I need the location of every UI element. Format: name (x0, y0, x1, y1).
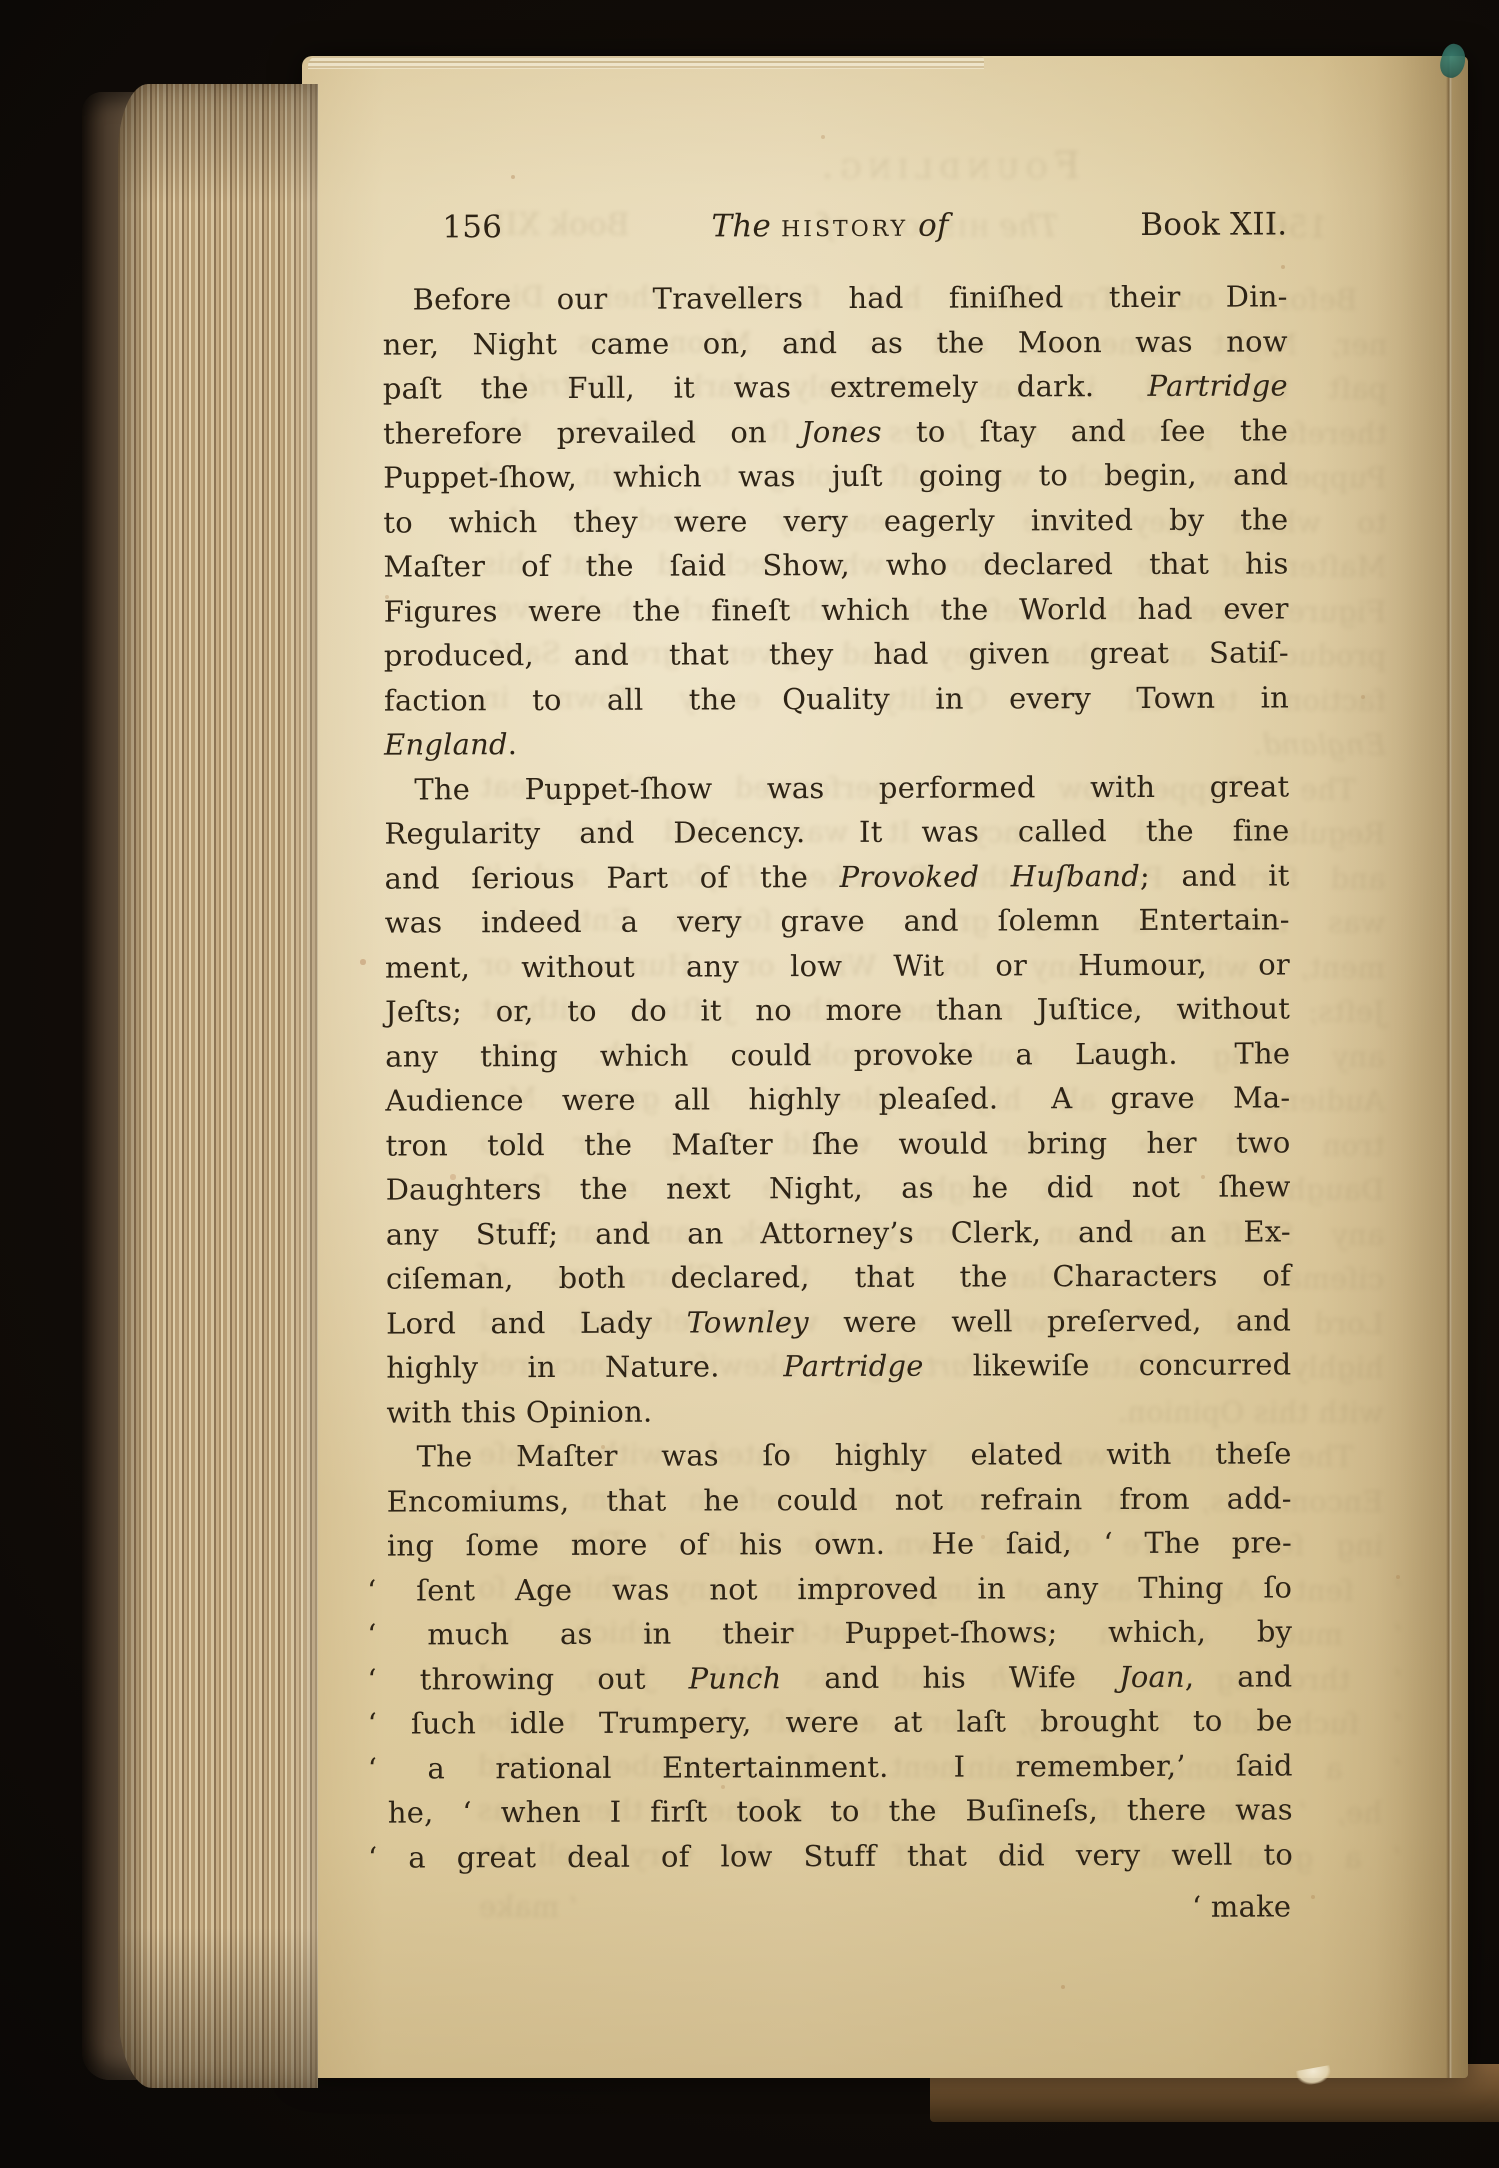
text-line: Audience were all highly pleaſed. A grav… (385, 1075, 1290, 1123)
text-line: Puppet-ſhow, which was juſt going to beg… (383, 452, 1288, 500)
text-column: 156 TheHistoryof Book XII. Before our Tr… (382, 54, 1294, 1931)
text-line: ciſeman, both declared, that the Charact… (386, 1253, 1291, 1301)
running-title-of: of (918, 208, 949, 244)
text-line: highly in Nature. Partridge likewiſe con… (386, 1342, 1291, 1390)
text-line: ‘ a great deal of low Stuff that did ver… (388, 1832, 1293, 1880)
text-line: ment, without any low Wit or Humour, or (385, 942, 1290, 990)
text-line: Encomiums, that he could not refrain fro… (387, 1476, 1292, 1524)
text-line: Daughters the next Night, as he did not … (386, 1164, 1291, 1212)
text-line: produced, and that they had given great … (384, 630, 1289, 678)
text-line: Regularity and Decency. It was called th… (384, 808, 1289, 856)
book-photo: FOUNDLING. 156 TheHistoryof Book XII. Be… (0, 0, 1499, 2168)
text-line: any Stuff; and an Attorney’s Clerk, and … (386, 1209, 1291, 1257)
running-title-history: History (771, 208, 918, 245)
text-line: ing ſome more of his own. He ſaid, ‘ The… (387, 1520, 1292, 1568)
text-line: ‘ a rational Entertainment. I remember,’… (388, 1743, 1293, 1791)
book-number: Book XII. (1140, 206, 1287, 243)
paragraph: The Maſter was ſo highly elated with the… (387, 1431, 1294, 1879)
text-line: Maſter of the ſaid Show, who declared th… (383, 541, 1288, 589)
paragraph: The Puppet-ſhow was performed with great… (384, 764, 1291, 1435)
text-line: any thing which could provoke a Laugh. T… (385, 1031, 1290, 1079)
text-line: England. (384, 719, 1289, 767)
fore-edge-page-stack (118, 84, 318, 2088)
running-title-the: The (711, 208, 771, 244)
text-line: ner, Night came on, and as the Moon was … (383, 319, 1288, 367)
body-text: Before our Travellers had finiſhed their… (382, 274, 1293, 1879)
text-line: ‘ ſent Age was not improved in any Thing… (387, 1565, 1292, 1613)
text-line: ‘ ſuch idle Trumpery, were at laſt broug… (387, 1698, 1292, 1746)
text-line: Jeſts; or, to do it no more than Juſtice… (385, 986, 1290, 1034)
text-line: faction to all the Quality in every Town… (384, 675, 1289, 723)
text-line: he, ‘ when I firſt took to the Buſineſs,… (388, 1787, 1293, 1835)
text-line: with this Opinion. (386, 1387, 1291, 1435)
foxing-specks (302, 56, 304, 58)
running-title: TheHistoryof (711, 208, 948, 245)
paragraph: Before our Travellers had finiſhed their… (382, 274, 1289, 767)
text-line: The Maſter was ſo highly elated with the… (387, 1431, 1292, 1479)
text-line: and ſerious Part of the Provoked Huſband… (385, 853, 1290, 901)
text-line: to which they were very eagerly invited … (383, 497, 1288, 545)
book-page: FOUNDLING. 156 TheHistoryof Book XII. Be… (302, 56, 1468, 2078)
text-line: ‘ throwing out Punch and his Wife Joan, … (387, 1654, 1292, 1702)
catchword: ‘ make (388, 1884, 1293, 1931)
gutter-shadow (1318, 56, 1468, 2078)
text-line: tron told the Maſter ſhe would bring her… (385, 1120, 1290, 1168)
text-line: therefore prevailed on Jones to ſtay and… (383, 408, 1288, 456)
text-line: Before our Travellers had finiſhed their… (382, 274, 1287, 322)
text-line: Figures were the fineſt which the World … (384, 586, 1289, 634)
text-line: Lord and Lady Townley were well preſerve… (386, 1298, 1291, 1346)
text-line: ‘ much as in their Puppet-ſhows; which, … (387, 1609, 1292, 1657)
page-number: 156 (442, 209, 502, 245)
text-line: was indeed a very grave and ſolemn Enter… (385, 897, 1290, 945)
page-header: 156 TheHistoryof Book XII. (382, 206, 1287, 249)
text-line: The Puppet-ſhow was performed with great (384, 764, 1289, 812)
text-line: paſt the Full, it was extremely dark. Pa… (383, 363, 1288, 411)
